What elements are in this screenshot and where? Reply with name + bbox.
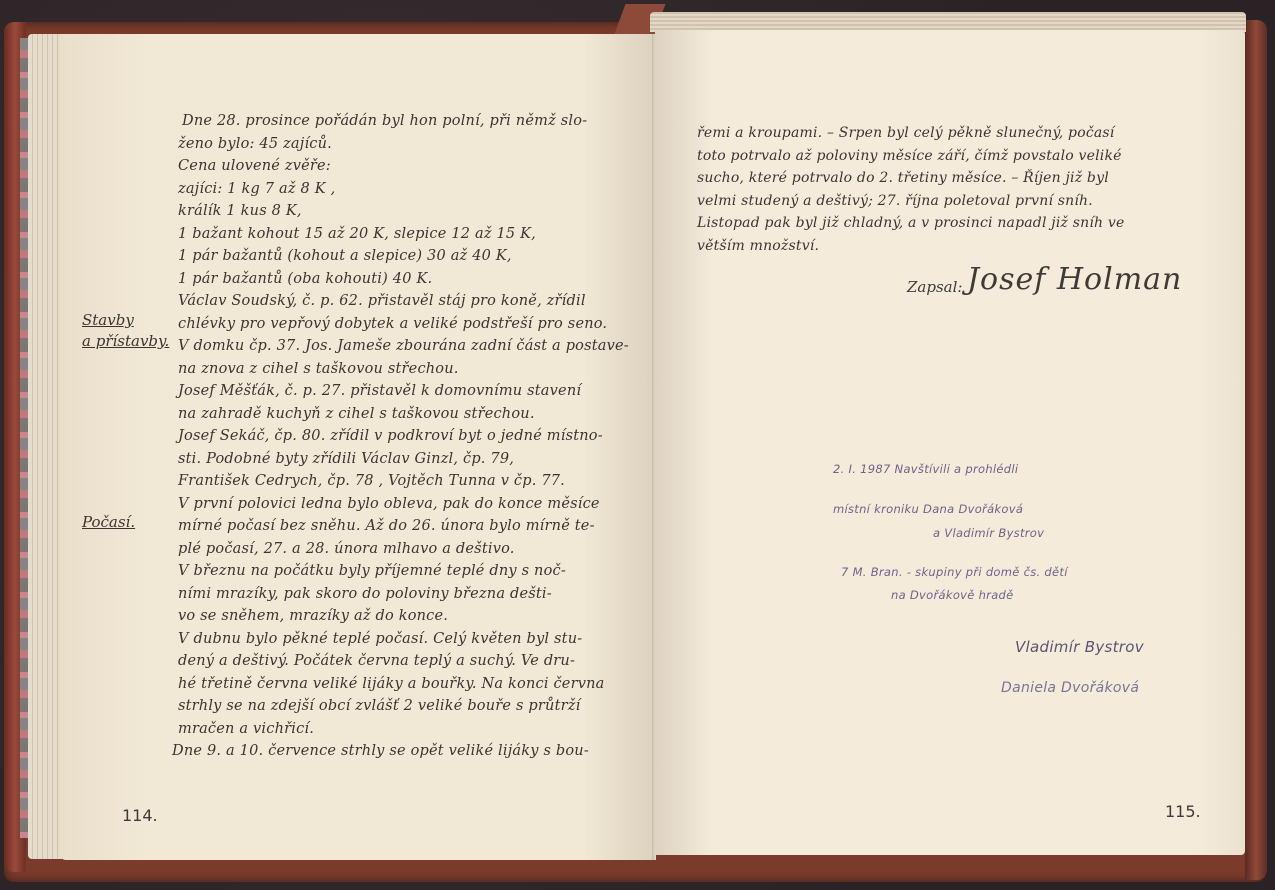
text-line: 1 pár bažantů (oba kohouti) 40 K. <box>178 268 629 291</box>
signature-name: Josef Holman <box>967 262 1182 297</box>
left-page-text: Dne 28. prosince pořádán byl hon polní, … <box>178 110 629 763</box>
text-line: ženo bylo: 45 zajíců. <box>178 133 629 156</box>
text-line: Listopad pak byl již chladný, a v prosin… <box>697 212 1124 235</box>
text-line: V první polovici ledna bylo obleva, pak … <box>178 493 629 516</box>
text-line: vo se sněhem, mrazíky až do konce. <box>178 605 629 628</box>
margin-heading-buildings: Stavby a přístavby. <box>82 310 169 352</box>
cover-right-edge <box>1245 20 1267 880</box>
pencil-signature: Vladimír Bystrov <box>1015 638 1144 656</box>
margin-heading-buildings-line2: a přístavby. <box>82 331 169 352</box>
pencil-note-line: 2. I. 1987 Navštívili a prohlédli <box>833 462 1018 476</box>
text-line: velmi studený a deštivý; 27. října polet… <box>697 190 1124 213</box>
text-line: větším množství. <box>697 235 1124 258</box>
margin-heading-buildings-line1: Stavby <box>82 310 169 331</box>
text-line: plé počasí, 27. a 28. února mlhavo a deš… <box>178 538 629 561</box>
text-line: mračen a vichřicí. <box>178 718 629 741</box>
page-number-right: 115. <box>1165 802 1201 821</box>
pencil-note-line: a Vladimír Bystrov <box>933 526 1044 540</box>
left-page: Stavby a přístavby. Počasí. Dne 28. pros… <box>60 34 655 860</box>
text-line: 1 pár bažantů (kohout a slepice) 30 až 4… <box>178 245 629 268</box>
text-line: Dne 28. prosince pořádán byl hon polní, … <box>178 110 629 133</box>
text-line: ními mrazíky, pak skoro do poloviny břez… <box>178 583 629 606</box>
text-line: František Cedrych, čp. 78 , Vojtěch Tunn… <box>178 470 629 493</box>
text-line: toto potrvalo až poloviny měsíce září, č… <box>697 145 1124 168</box>
text-line: V domku čp. 37. Jos. Jameše zbourána zad… <box>178 335 629 358</box>
text-line: králík 1 kus 8 K, <box>178 200 629 223</box>
text-line: zajíci: 1 kg 7 až 8 K , <box>178 178 629 201</box>
text-line: sti. Podobné byty zřídili Václav Ginzl, … <box>178 448 629 471</box>
text-line: Václav Soudský, č. p. 62. přistavěl stáj… <box>178 290 629 313</box>
pencil-signature: Daniela Dvořáková <box>1001 680 1139 696</box>
text-line: sucho, které potrvalo do 2. třetiny měsí… <box>697 167 1124 190</box>
text-line: dený a deštivý. Počátek června teplý a s… <box>178 650 629 673</box>
text-line: strhly se na zdejší obcí zvlášť 2 veliké… <box>178 695 629 718</box>
text-line: chlévky pro vepřový dobytek a veliké pod… <box>178 313 629 336</box>
right-page-text: řemi a kroupami. – Srpen byl celý pěkně … <box>697 122 1124 257</box>
text-line: řemi a kroupami. – Srpen byl celý pěkně … <box>697 122 1124 145</box>
text-line: hé třetině června veliké lijáky a bouřky… <box>178 673 629 696</box>
text-line: Dne 9. a 10. července strhly se opět vel… <box>172 740 629 763</box>
text-line: Josef Sekáč, čp. 80. zřídil v podkroví b… <box>178 425 629 448</box>
text-line: Cena ulovené zvěře: <box>178 155 629 178</box>
signature-label: Zapsal: <box>907 278 962 296</box>
text-line: 1 bažant kohout 15 až 20 K, slepice 12 a… <box>178 223 629 246</box>
text-line: V dubnu bylo pěkné teplé počasí. Celý kv… <box>178 628 629 651</box>
pencil-note-line: na Dvořákově hradě <box>891 588 1014 602</box>
text-line: na zahradě kuchyň z cihel s taškovou stř… <box>178 403 629 426</box>
text-line: Josef Měšťák, č. p. 27. přistavěl k domo… <box>178 380 629 403</box>
text-line: V březnu na počátku byly příjemné teplé … <box>178 560 629 583</box>
text-line: mírné počasí bez sněhu. Až do 26. února … <box>178 515 629 538</box>
pencil-note-line: 7 M. Bran. - skupiny při domě čs. dětí <box>841 565 1068 579</box>
pencil-note-line: místní kroniku Dana Dvořáková <box>833 502 1023 516</box>
text-line: na znova z cihel s taškovou střechou. <box>178 358 629 381</box>
page-number-left: 114. <box>122 806 158 825</box>
margin-heading-weather: Počasí. <box>82 512 135 533</box>
right-page: řemi a kroupami. – Srpen byl celý pěkně … <box>655 30 1245 855</box>
page-stack-top-edge <box>650 12 1246 32</box>
